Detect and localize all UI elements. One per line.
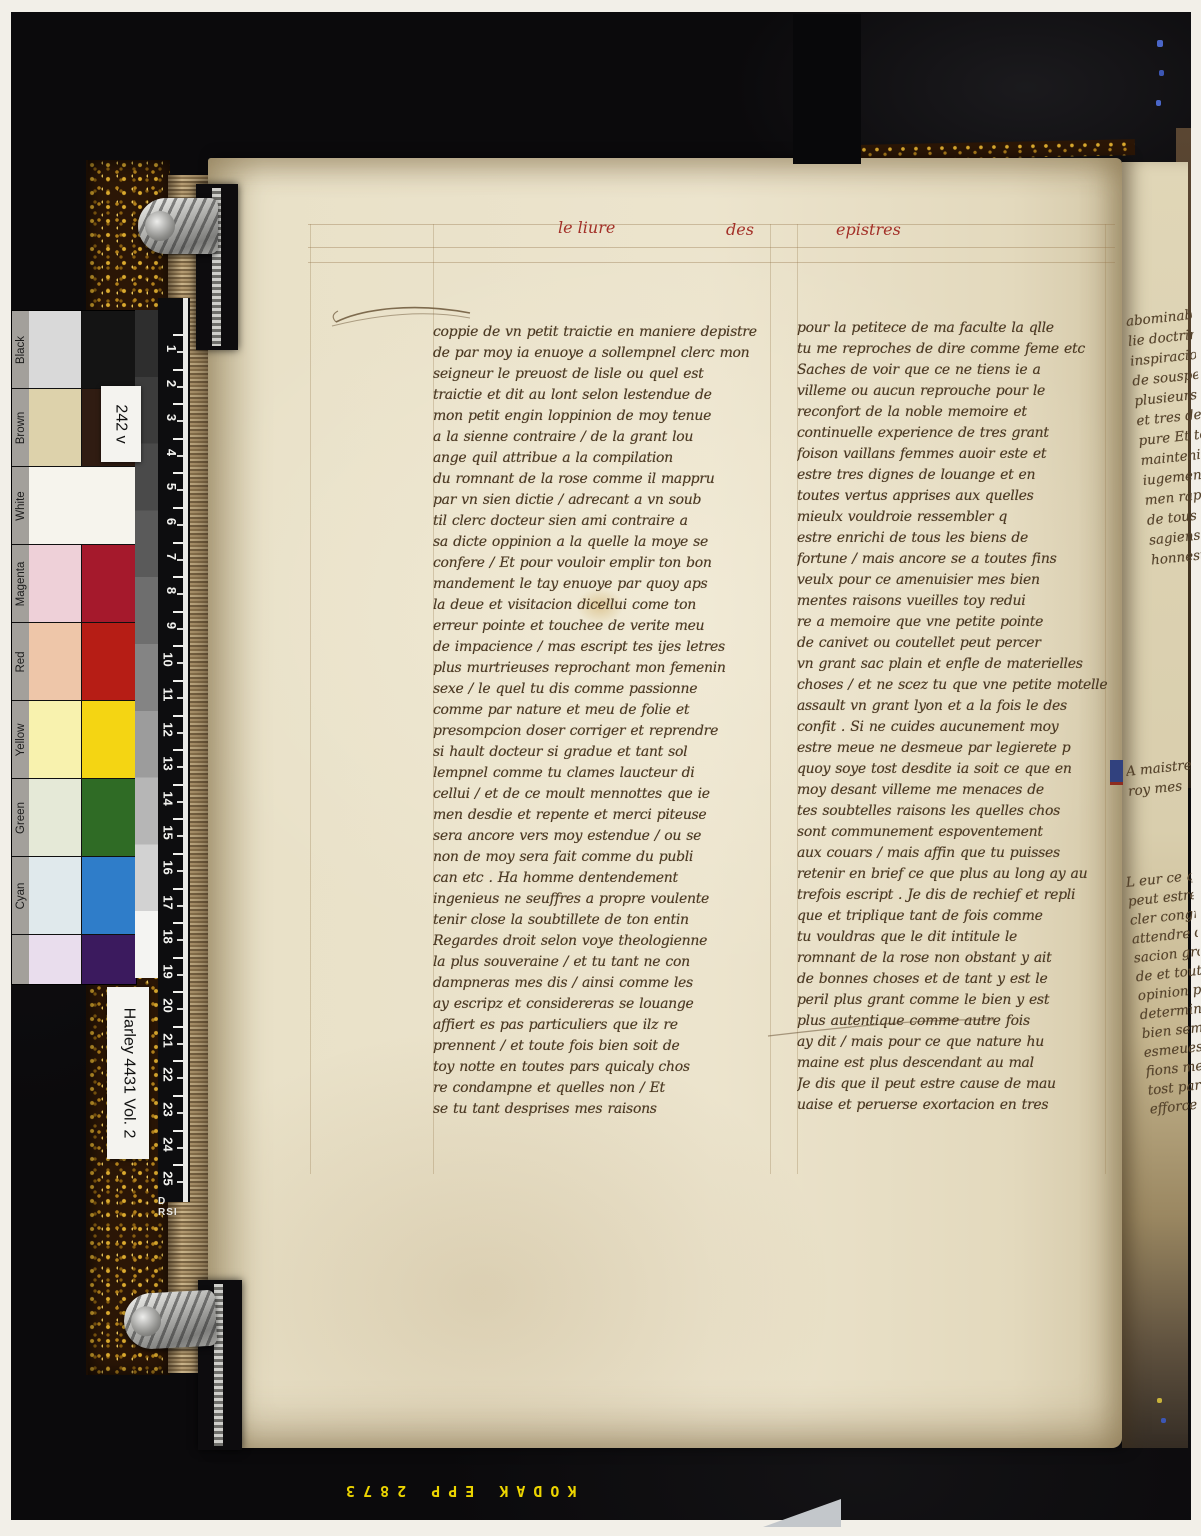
manuscript-line: confere / Et pour vouloir emplir ton bon (433, 553, 773, 574)
ruler-number: 6 (164, 518, 179, 525)
manuscript-line: maine est plus descendant au mal (797, 1053, 1111, 1074)
manuscript-line: toutes vertus apprises aux quelles (797, 486, 1111, 507)
ruler-cm-cell: 16 (158, 853, 190, 888)
manuscript-line: aux couars / mais affin que tu puisses (797, 843, 1111, 864)
manuscript-line: foison vaillans femmes auoir este et (797, 444, 1111, 465)
yellow-speck (1157, 1398, 1162, 1403)
manuscript-line: romnant de la rose non obstant y ait (797, 948, 1111, 969)
color-label-strip: White (12, 467, 29, 544)
running-header-center: des (726, 220, 754, 239)
color-label-strip (12, 935, 29, 984)
manuscript-line: villeme ou aucun reprouche pour le (797, 381, 1111, 402)
color-label: Red (15, 651, 27, 672)
manuscript-line: fortune / mais ancore se a toutes fins (797, 549, 1111, 570)
color-label: Yellow (15, 723, 27, 756)
manuscript-line: la plus souveraine / et tu tant ne con (433, 952, 773, 973)
manuscript-line: ay dit / mais pour ce que nature hu (797, 1032, 1111, 1053)
photo-print-frame: le liure des epistres coppie de vn petit… (0, 0, 1201, 1536)
ruler-cm-cell: 1 (158, 334, 190, 369)
manuscript-line: continuelle experience de tres grant (797, 423, 1111, 444)
ruler-cm-cell: 9 (158, 611, 190, 646)
manuscript-line: re condampne et quelles non / Et (433, 1078, 773, 1099)
color-swatch-pale (29, 779, 81, 856)
color-label: Cyan (15, 882, 27, 909)
color-label-strip: Green (12, 779, 29, 856)
text-column-2: pour la petitece de ma faculte la qlletu… (797, 318, 1111, 1116)
manuscript-line: dampneras mes dis / ainsi comme les (433, 973, 773, 994)
ruler-cm-cell: 17 (158, 888, 190, 923)
ruler-cm-cell: 25 (158, 1164, 190, 1199)
manuscript-line: du romnant de la rose comme il mappru (433, 469, 773, 490)
manuscript-line: plus murtrieuses reprochant mon femenin (433, 658, 773, 679)
ruler-cm-cell: 19 (158, 957, 190, 992)
ruler-number: 14 (160, 791, 175, 805)
manuscript-line: prennent / et toute fois bien soit de (433, 1036, 773, 1057)
manuscript-line: reconfort de la noble memoire et (797, 402, 1111, 423)
color-swatch-strong (82, 779, 136, 856)
color-swatch-strong (82, 701, 136, 778)
color-swatch-strong (82, 311, 136, 388)
manuscript-line: plus autentique comme autre fois (797, 1011, 1111, 1032)
manuscript-line: seigneur le preuost de lisle ou quel est (433, 364, 773, 385)
ruler-cm-cell: 23 (158, 1095, 190, 1130)
color-swatch-strong (82, 623, 136, 700)
shelfmark-label: Harley 4431 Vol. 2 (107, 987, 149, 1159)
facing-text-top: abominables meulie doctrine plaininspira… (1125, 305, 1201, 570)
ruler-cm-cell: 3 (158, 403, 190, 438)
color-swatch-strong (82, 545, 136, 622)
manuscript-line: traictie et dit au lont selon lestendue … (433, 385, 773, 406)
text-column-1: coppie de vn petit traictie en maniere d… (433, 322, 773, 1120)
ruler-cm-cell: 14 (158, 784, 190, 819)
color-swatch-strong (82, 467, 136, 544)
folio-label-text: 242 v (112, 404, 130, 443)
paraph-mark (1110, 760, 1123, 782)
measurement-ruler: D RSI 1234567891011121314151617181920212… (158, 298, 190, 1202)
manuscript-line: Regardes droit selon voye theologienne (433, 931, 773, 952)
ruling-line (310, 224, 311, 1174)
manuscript-line: retenir en brief ce que plus au long ay … (797, 864, 1111, 885)
color-swatch-pale (29, 857, 81, 934)
color-label: White (15, 491, 27, 520)
manuscript-line: estre tres dignes de louange et en (797, 465, 1111, 486)
ruler-number: 17 (160, 895, 175, 909)
ruler-number: 10 (160, 653, 175, 667)
manuscript-line: la deue et visitacion dicellui come ton (433, 595, 773, 616)
manuscript-line: tu vouldras que le dit intitule le (797, 927, 1111, 948)
ruler-cm-cell: 6 (158, 507, 190, 542)
ruler-number: 15 (160, 826, 175, 840)
ruler-cm-cell: 10 (158, 645, 190, 680)
blue-speck (1161, 1418, 1166, 1423)
color-swatch-pale (29, 467, 81, 544)
blue-speck (1157, 40, 1163, 47)
book-strap-top-center (793, 14, 861, 164)
color-swatch-row: White (12, 467, 136, 545)
manuscript-line: de canivet ou coutellet peut percer (797, 633, 1111, 654)
manuscript-line: sont communement espoventement (797, 822, 1111, 843)
manuscript-line: til clerc docteur sien ami contraire a (433, 511, 773, 532)
color-label-strip: Cyan (12, 857, 29, 934)
color-swatch-row (12, 935, 136, 984)
manuscript-line: erreur pointe et touchee de verite meu (433, 616, 773, 637)
ruler-cm-cell: 5 (158, 472, 190, 507)
manuscript-line: Saches de voir que ce ne tiens ie a (797, 360, 1111, 381)
manuscript-line: re a memoire que vne petite pointe (797, 612, 1111, 633)
manuscript-line: quoy soye tost desdite ia soit ce que en (797, 759, 1111, 780)
ruler-end-text: D RSI (158, 1196, 187, 1218)
page-clip-bottom (123, 1290, 218, 1351)
manuscript-line: estre enrichi de tous les biens de (797, 528, 1111, 549)
manuscript-line: veulx pour ce amenuisier mes bien (797, 570, 1111, 591)
ruler-number: 12 (160, 722, 175, 736)
color-label-strip: Red (12, 623, 29, 700)
manuscript-line: se tu tant desprises mes raisons (433, 1099, 773, 1120)
manuscript-line: pour la petitece de ma faculte la qlle (797, 318, 1111, 339)
ruler-cm-cell: 11 (158, 680, 190, 715)
manuscript-line: estre meue ne desmeue par legierete p (797, 738, 1111, 759)
manuscript-line: affiert es pas particuliers que ilz re (433, 1015, 773, 1036)
ruler-cm-cell: 7 (158, 542, 190, 577)
color-label: Black (15, 335, 27, 363)
manuscript-line: cellui / et de ce moult mennottes que ie (433, 784, 773, 805)
color-label-strip: Magenta (12, 545, 29, 622)
manuscript-line: tu me reproches de dire comme feme etc (797, 339, 1111, 360)
manuscript-line: moy desant villeme me menaces de (797, 780, 1111, 801)
blue-speck (1159, 70, 1164, 76)
color-swatch-row: Magenta (12, 545, 136, 623)
ruler-cm-cell: 22 (158, 1060, 190, 1095)
manuscript-line: sexe / le quel tu dis comme passionne (433, 679, 773, 700)
color-swatch-row: Red (12, 623, 136, 701)
ruler-number: 19 (160, 964, 175, 978)
ruler-cm-cell: 20 (158, 991, 190, 1026)
color-swatch-pale (29, 311, 81, 388)
manuscript-line: que et triplique tant de fois comme (797, 906, 1111, 927)
manuscript-line: choses / et ne scez tu que vne petite mo… (797, 675, 1111, 696)
ruler-number: 20 (160, 999, 175, 1013)
color-label: Brown (15, 411, 27, 444)
manuscript-line: comme par nature et meu de folie et (433, 700, 773, 721)
manuscript-page: le liure des epistres coppie de vn petit… (208, 158, 1122, 1448)
ruler-cm-cell: 18 (158, 922, 190, 957)
ruler-number: 4 (164, 449, 179, 456)
ruler-number: 23 (160, 1102, 175, 1116)
color-swatch-pale (29, 935, 81, 984)
ruler-number: 8 (164, 587, 179, 594)
ruler-number: 2 (164, 379, 179, 386)
color-label: Magenta (15, 561, 27, 606)
color-swatch-pale (29, 701, 81, 778)
color-label-strip: Yellow (12, 701, 29, 778)
folio-label: 242 v (101, 386, 141, 462)
ruler-number: 18 (160, 929, 175, 943)
color-swatch-pale (29, 623, 81, 700)
color-swatch-row: Green (12, 779, 136, 857)
manuscript-line: assault vn grant lyon et a la fois le de… (797, 696, 1111, 717)
color-swatch-pale (29, 545, 81, 622)
ruler-number: 9 (164, 622, 179, 629)
running-header-right: epistres (836, 220, 901, 239)
manuscript-line: de par moy ia enuoye a sollempnel clerc … (433, 343, 773, 364)
ruler-cm-cell: 21 (158, 1026, 190, 1061)
manuscript-line: lempnel comme tu clames laucteur di (433, 763, 773, 784)
manuscript-line: sera ancore vers moy estendue / ou se (433, 826, 773, 847)
facing-page-strip: abominables meulie doctrine plaininspira… (1122, 162, 1188, 1448)
ruler-cm-cell: 2 (158, 369, 190, 404)
page-clip-top (138, 198, 218, 254)
manuscript-line: ay escripz et considereras se louange (433, 994, 773, 1015)
manuscript-line: confit . Si ne cuides aucunement moy (797, 717, 1111, 738)
color-swatch-row: Cyan (12, 857, 136, 935)
manuscript-line: peril plus grant comme le bien y est (797, 990, 1111, 1011)
manuscript-line: de bonnes choses et de tant y est le (797, 969, 1111, 990)
film-edge-text: KODAK EPP 2873 (338, 1482, 576, 1500)
manuscript-line: si hault docteur si gradue et tant sol (433, 742, 773, 763)
manuscript-line: de impacience / mas escript tes ijes let… (433, 637, 773, 658)
manuscript-line: mon petit engin loppinion de moy tenue (433, 406, 773, 427)
ruler-number: 24 (160, 1137, 175, 1151)
manuscript-line: mandement le tay enuoye par quoy aps (433, 574, 773, 595)
color-swatch-pale (29, 389, 81, 466)
blue-speck (1156, 100, 1161, 106)
manuscript-line: can etc . Ha homme dentendement (433, 868, 773, 889)
color-label-strip: Black (12, 311, 29, 388)
ruler-number: 11 (161, 688, 176, 702)
manuscript-line: men desdie et repente et merci piteuse (433, 805, 773, 826)
ruler-number: 3 (164, 414, 179, 421)
running-header-left: le liure (558, 218, 615, 237)
color-swatch-row: Black (12, 311, 136, 389)
manuscript-line: ingenieus ne seuffres a propre voulente (433, 889, 773, 910)
ruler-cm-cell: 4 (158, 438, 190, 473)
manuscript-line: tenir close la soubtillete de ton entin (433, 910, 773, 931)
manuscript-line: uaise et peruerse exortacion en tres (797, 1095, 1111, 1116)
ruling-line (308, 262, 1115, 263)
manuscript-line: coppie de vn petit traictie en maniere d… (433, 322, 773, 343)
manuscript-line: ange quil attribue a la compilation (433, 448, 773, 469)
ruler-number: 7 (164, 552, 179, 559)
manuscript-line: mentes raisons vueilles toy redui (797, 591, 1111, 612)
ruler-number: 5 (164, 483, 179, 490)
color-swatch-strong (82, 857, 136, 934)
color-swatch-row: Yellow (12, 701, 136, 779)
ruling-line (308, 247, 1115, 248)
shelfmark-label-text: Harley 4431 Vol. 2 (119, 1008, 137, 1139)
manuscript-line: a la sienne contraire / de la grant lou (433, 427, 773, 448)
manuscript-line: trefois escript . Je dis de rechief et r… (797, 885, 1111, 906)
manuscript-line: mieulx vouldroie ressembler q (797, 507, 1111, 528)
facing-rubric: A maistre pierroy mes (1125, 755, 1195, 802)
manuscript-line: par vn sien dictie / adrecant a vn soub (433, 490, 773, 511)
ruler-number: 13 (160, 756, 175, 770)
ruler-cm-cell: 13 (158, 749, 190, 784)
ruler-number: 16 (160, 860, 175, 874)
color-label-strip: Brown (12, 389, 29, 466)
manuscript-line: presompcion doser corriger et reprendre (433, 721, 773, 742)
ruler-number: 1 (164, 345, 179, 352)
manuscript-line: tes soubtelles raisons les quelles chos (797, 801, 1111, 822)
ruler-cm-cell: 15 (158, 818, 190, 853)
ruler-cm-cell: 12 (158, 715, 190, 750)
ruler-cm-cell: 24 (158, 1130, 190, 1165)
ruler-number: 21 (160, 1033, 175, 1047)
facing-text-bottom: L eur ce que entepeut estre esleuecler c… (1125, 867, 1201, 1120)
ruling-line (308, 224, 1115, 225)
ruler-number: 25 (160, 1172, 175, 1186)
manuscript-line: vn grant sac plain et enfle de materiell… (797, 654, 1111, 675)
color-swatch-strong (82, 935, 136, 984)
color-label: Green (15, 802, 27, 834)
ruler-number: 22 (160, 1068, 175, 1082)
ruler-cm-cell: 8 (158, 576, 190, 611)
manuscript-line: Je dis que il peut estre cause de mau (797, 1074, 1111, 1095)
manuscript-line: toy notte en toutes pars quicaly chos (433, 1057, 773, 1078)
manuscript-line: non de moy sera fait comme du publi (433, 847, 773, 868)
manuscript-line: sa dicte oppinion a la quelle la moye se (433, 532, 773, 553)
